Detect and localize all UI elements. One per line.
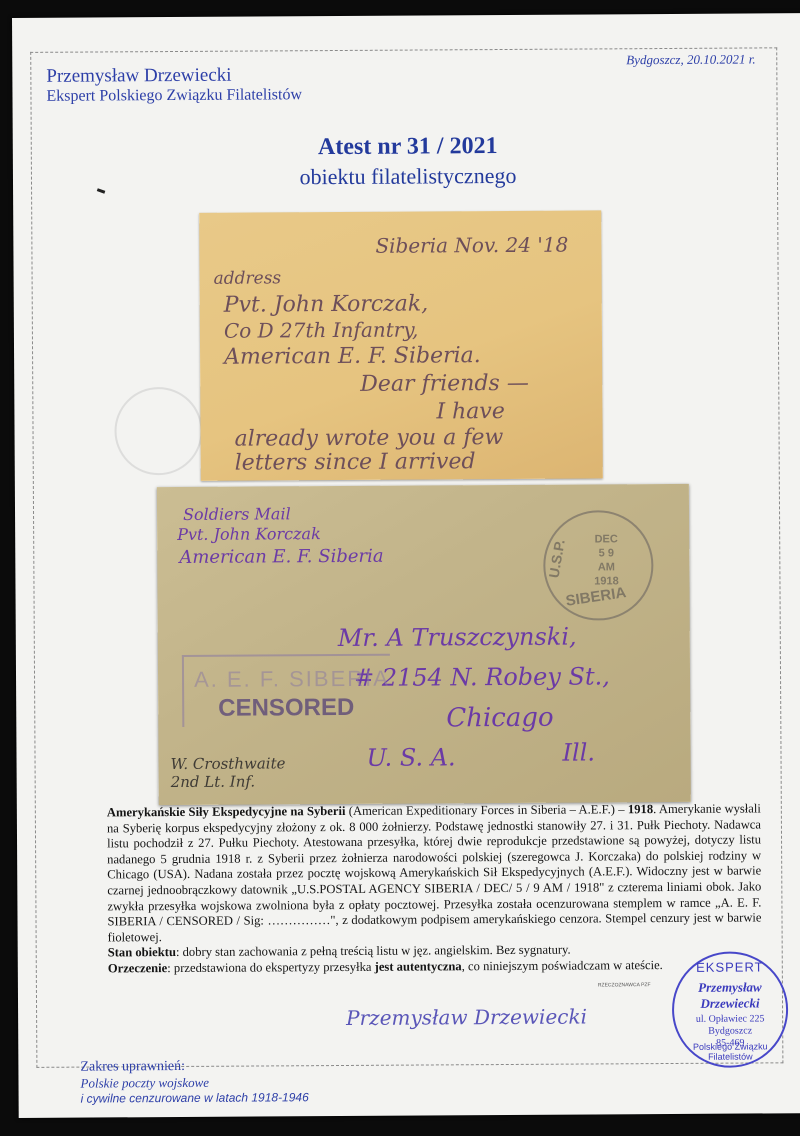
description-year: 1918 <box>628 802 653 816</box>
addressee-line: Chicago <box>446 703 554 734</box>
addressee-line: Mr. A Truszczynski, <box>338 623 577 652</box>
sender-line: American E. F. Siberia <box>179 546 383 568</box>
description-paragraph: Amerykanie wysłali na Syberię korpus eks… <box>107 801 762 944</box>
letter-line: letters since I arrived <box>235 449 476 475</box>
description-heading-rest: (American Expeditionary Forces in Siberi… <box>345 802 628 818</box>
scope-line2: i cywilne cenzurowane w latach 1918-1946 <box>81 1090 309 1105</box>
embossed-seal <box>114 387 203 476</box>
letter-line: already wrote you a few <box>235 425 504 452</box>
stamp-name1: Przemysław <box>674 979 786 996</box>
place-date: Bydgoszcz, 20.10.2021 r. <box>626 51 755 68</box>
envelope-image: Soldiers Mail Pvt. John Korczak American… <box>157 484 691 805</box>
letter-image: Siberia Nov. 24 '18 address Pvt. John Ko… <box>199 210 603 480</box>
postmark-siberia: U.S.P. DEC 5 9 AM 1918 SIBERIA <box>543 510 654 621</box>
sender-line: Soldiers Mail <box>183 504 291 524</box>
expert-organization: Ekspert Polskiego Związku Filatelistów <box>46 86 302 106</box>
addressee-line: # 2154 N. Robey St., <box>354 662 610 692</box>
description-heading: Amerykańskie Siły Ekspedycyjne na Syberi… <box>107 804 346 819</box>
rubber-mark: RZECZOZNAWCA PZF <box>598 982 651 988</box>
stamp-street: ul. Opławiec 225 <box>674 1013 786 1026</box>
sender-line: Pvt. John Korczak <box>177 524 321 544</box>
stamp-name2: Drzewiecki <box>674 995 786 1012</box>
expert-signature: Przemysław Drzewiecki <box>346 1005 587 1030</box>
condition-text: : dobry stan zachowania z pełną treścią … <box>176 943 571 959</box>
letter-line: Siberia Nov. 24 '18 <box>375 233 568 258</box>
letter-line: Pvt. John Korczak, <box>224 291 429 317</box>
stamp-city: Bydgoszcz <box>674 1025 786 1038</box>
verdict-label: Orzeczenie <box>108 961 168 975</box>
certificate-subtitle: obiektu filatelistycznego <box>13 161 800 192</box>
verdict-bold: jest autentyczna <box>375 959 462 974</box>
expert-name: Przemysław Drzewiecki <box>46 65 231 88</box>
letter-line: American E. F. Siberia. <box>224 343 481 370</box>
letter-line: I have <box>436 399 505 424</box>
censor-signature: W. Crosthwaite 2nd Lt. Inf. <box>171 754 286 791</box>
censor-line1: A. E. F. SIBERIA <box>194 666 390 693</box>
description-heading-end: . <box>653 802 656 816</box>
certificate-sheet: Przemysław Drzewiecki Ekspert Polskiego … <box>12 13 800 1118</box>
expert-stamp: EKSPERT Przemysław Drzewiecki ul. Opławi… <box>672 951 789 1068</box>
description: Amerykańskie Siły Ekspedycyjne na Syberi… <box>107 801 762 977</box>
letter-line: Co D 27th Infantry, <box>224 318 419 343</box>
censor-line2: CENSORED <box>218 694 354 723</box>
certificate-title: Atest nr 31 / 2021 <box>13 131 800 163</box>
scope-label: Zakres uprawnień: <box>80 1059 185 1076</box>
letter-line: Dear friends — <box>360 371 529 397</box>
stamp-top: EKSPERT <box>674 959 786 975</box>
scope-line1: Polskie poczty wojskowe <box>80 1075 209 1092</box>
letter-line: address <box>214 268 282 288</box>
postmark-top: U.S.P. <box>546 538 568 579</box>
stamp-bottom: Polskiego Związku Filatelistów <box>674 1041 786 1062</box>
verdict-pre: : przedstawiona do ekspertyzy przesyłka <box>167 960 374 975</box>
postmark-date: DEC 5 9 AM 1918 <box>591 532 621 588</box>
addressee-line: Ill. <box>562 738 595 766</box>
addressee-line: U. S. A. <box>366 743 455 772</box>
postmark-bottom: SIBERIA <box>565 584 628 610</box>
condition-label: Stan obiektu <box>108 945 176 959</box>
verdict-post: , co niniejszym poświadczam w ateście. <box>462 958 663 973</box>
